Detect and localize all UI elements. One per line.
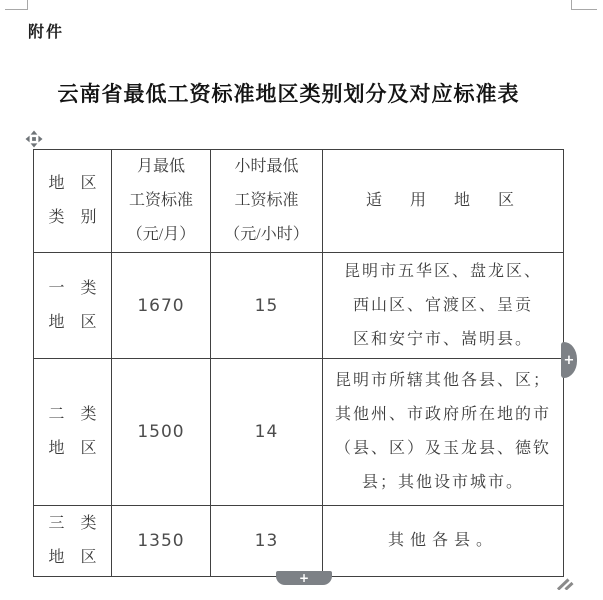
header-cell-regions: 适 用 地 区 <box>323 150 564 253</box>
expand-bottom-button[interactable]: + <box>276 571 332 585</box>
attachment-label: 附件 <box>28 19 64 42</box>
cell-monthly-wage: 1350 <box>112 506 211 577</box>
header-cell-category: 地 区 类 别 <box>34 150 112 253</box>
cell-hourly-wage: 15 <box>211 253 323 359</box>
resize-grip-handle[interactable] <box>556 577 574 589</box>
table-move-handle[interactable] <box>25 130 43 148</box>
wage-standards-table: 地 区 类 别 月最低 工资标准 （元/月） 小时最低 工资标准 （元/小时） … <box>33 149 564 577</box>
cell-monthly-wage: 1670 <box>112 253 211 359</box>
header-cell-hourly: 小时最低 工资标准 （元/小时） <box>211 150 323 253</box>
cell-hourly-wage: 13 <box>211 506 323 577</box>
page-corner-mark-top-left <box>5 0 28 10</box>
table-row: 二 类 地 区 1500 14 昆明市所辖其他各县、区； 其他州、市政府所在地的… <box>34 359 564 506</box>
cell-hourly-wage: 14 <box>211 359 323 506</box>
table-row: 一 类 地 区 1670 15 昆明市五华区、盘龙区、 西山区、官渡区、呈贡 区… <box>34 253 564 359</box>
document-page: { "page": { "attachment_label": "附件", "t… <box>0 0 603 600</box>
header-cell-monthly: 月最低 工资标准 （元/月） <box>112 150 211 253</box>
cell-category: 二 类 地 区 <box>34 359 112 506</box>
cell-applicable-regions: 其他各县。 <box>323 506 564 577</box>
plus-icon: + <box>564 354 575 367</box>
table-header-row: 地 区 类 别 月最低 工资标准 （元/月） 小时最低 工资标准 （元/小时） … <box>34 150 564 253</box>
table-row: 三 类 地 区 1350 13 其他各县。 <box>34 506 564 577</box>
plus-icon: + <box>299 572 309 584</box>
cell-applicable-regions: 昆明市所辖其他各县、区； 其他州、市政府所在地的市 （县、区）及玉龙县、德钦 县… <box>323 359 564 506</box>
page-title: 云南省最低工资标准地区类别划分及对应标准表 <box>0 78 603 108</box>
expand-right-button[interactable]: + <box>561 342 577 378</box>
cell-applicable-regions: 昆明市五华区、盘龙区、 西山区、官渡区、呈贡 区和安宁市、嵩明县。 <box>323 253 564 359</box>
cell-monthly-wage: 1500 <box>112 359 211 506</box>
page-corner-mark-top-right <box>571 0 597 10</box>
cell-category: 一 类 地 区 <box>34 253 112 359</box>
cell-category: 三 类 地 区 <box>34 506 112 577</box>
resize-grip-icon <box>556 577 574 594</box>
